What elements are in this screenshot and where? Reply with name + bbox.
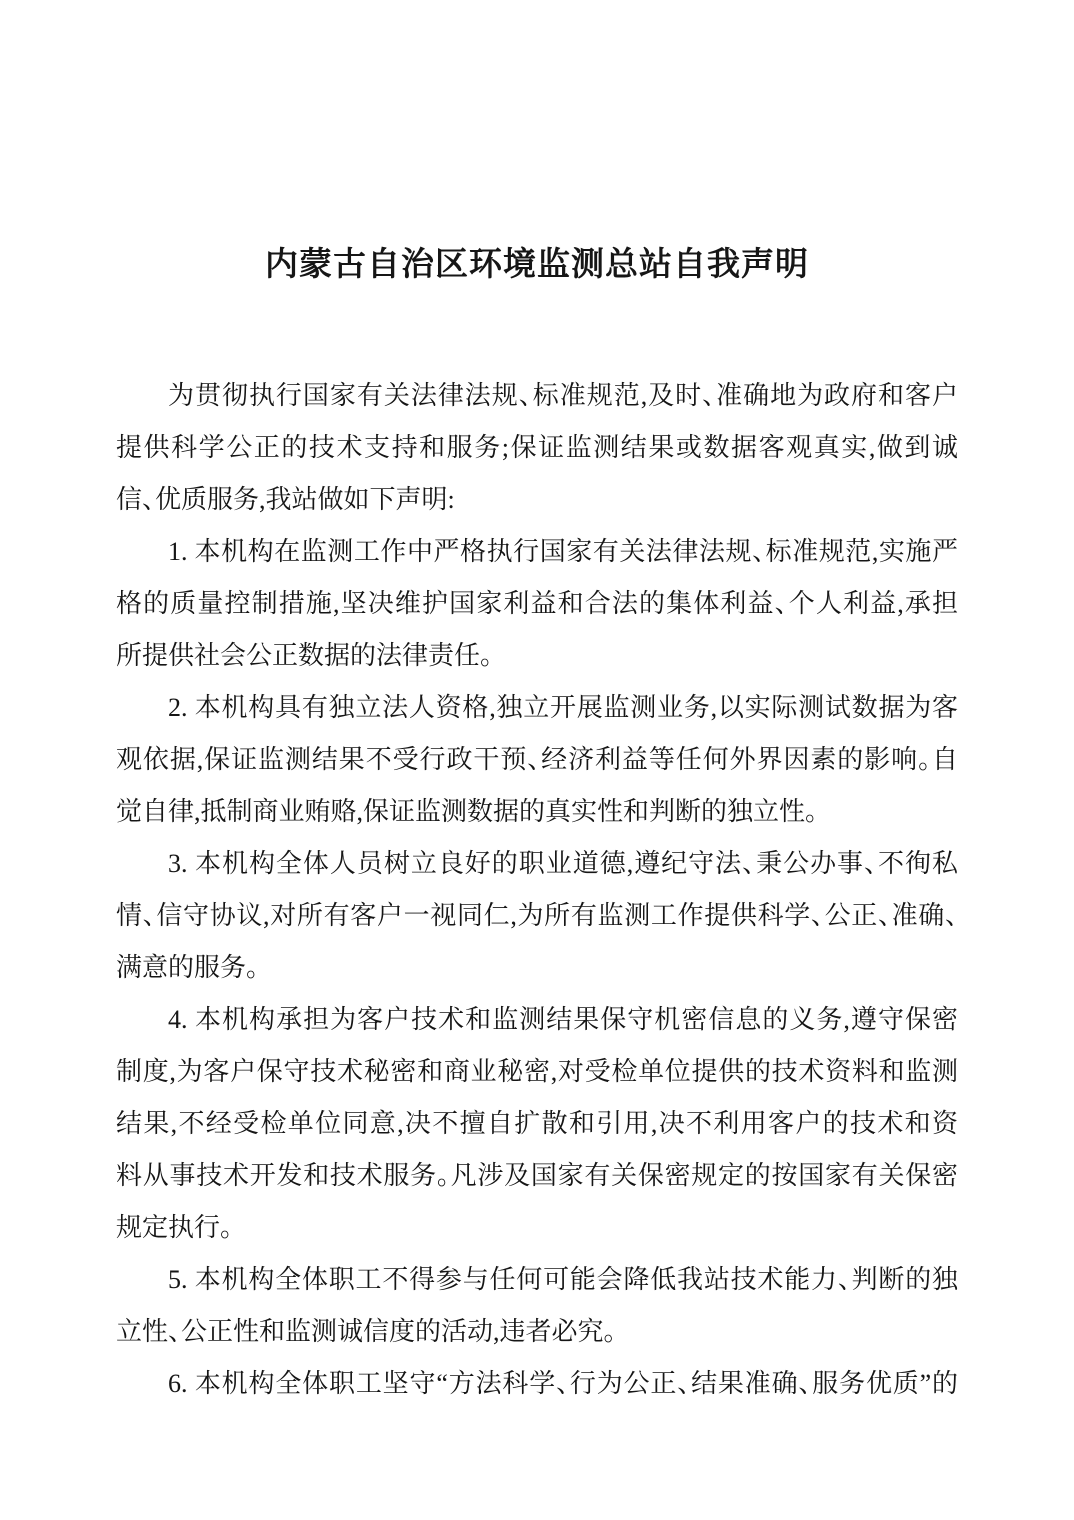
text-line: 料从事技术开发和技术服务。凡涉及国家有关保密规定的按国家有关保密 (116, 1150, 958, 1202)
paragraph: 6. 本机构全体职工坚守“方法科学、行为公正、结果准确、服务优质”的 (116, 1358, 958, 1410)
text-line: 情、信守协议,对所有客户一视同仁,为所有监测工作提供科学、公正、准确、 (116, 890, 958, 942)
document-title: 内蒙古自治区环境监测总站自我声明 (0, 238, 1074, 292)
text-line: 1. 本机构在监测工作中严格执行国家有关法律法规、标准规范,实施严 (116, 526, 958, 578)
paragraph: 5. 本机构全体职工不得参与任何可能会降低我站技术能力、判断的独立性、公正性和监… (116, 1254, 958, 1358)
text-line: 为贯彻执行国家有关法律法规、标准规范,及时、准确地为政府和客户 (116, 370, 958, 422)
text-line: 4. 本机构承担为客户技术和监测结果保守机密信息的义务,遵守保密 (116, 994, 958, 1046)
text-line: 立性、公正性和监测诚信度的活动,违者必究。 (116, 1306, 958, 1358)
document-body: 为贯彻执行国家有关法律法规、标准规范,及时、准确地为政府和客户提供科学公正的技术… (116, 370, 958, 1410)
text-line: 信、优质服务,我站做如下声明: (116, 474, 958, 526)
text-line: 结果,不经受检单位同意,决不擅自扩散和引用,决不利用客户的技术和资 (116, 1098, 958, 1150)
text-line: 5. 本机构全体职工不得参与任何可能会降低我站技术能力、判断的独 (116, 1254, 958, 1306)
document-page: 内蒙古自治区环境监测总站自我声明 为贯彻执行国家有关法律法规、标准规范,及时、准… (0, 0, 1074, 1520)
paragraph: 为贯彻执行国家有关法律法规、标准规范,及时、准确地为政府和客户提供科学公正的技术… (116, 370, 958, 526)
paragraph: 3. 本机构全体人员树立良好的职业道德,遵纪守法、秉公办事、不徇私情、信守协议,… (116, 838, 958, 994)
text-line: 3. 本机构全体人员树立良好的职业道德,遵纪守法、秉公办事、不徇私 (116, 838, 958, 890)
text-line: 提供科学公正的技术支持和服务;保证监测结果或数据客观真实,做到诚 (116, 422, 958, 474)
paragraph: 1. 本机构在监测工作中严格执行国家有关法律法规、标准规范,实施严格的质量控制措… (116, 526, 958, 682)
paragraph: 2. 本机构具有独立法人资格,独立开展监测业务,以实际测试数据为客观依据,保证监… (116, 682, 958, 838)
text-line: 6. 本机构全体职工坚守“方法科学、行为公正、结果准确、服务优质”的 (116, 1358, 958, 1410)
text-line: 格的质量控制措施,坚决维护国家利益和合法的集体利益、个人利益,承担 (116, 578, 958, 630)
text-line: 2. 本机构具有独立法人资格,独立开展监测业务,以实际测试数据为客 (116, 682, 958, 734)
text-line: 观依据,保证监测结果不受行政干预、经济利益等任何外界因素的影响。自 (116, 734, 958, 786)
paragraph: 4. 本机构承担为客户技术和监测结果保守机密信息的义务,遵守保密制度,为客户保守… (116, 994, 958, 1254)
text-line: 规定执行。 (116, 1202, 958, 1254)
text-line: 制度,为客户保守技术秘密和商业秘密,对受检单位提供的技术资料和监测 (116, 1046, 958, 1098)
text-line: 满意的服务。 (116, 942, 958, 994)
text-line: 觉自律,抵制商业贿赂,保证监测数据的真实性和判断的独立性。 (116, 786, 958, 838)
text-line: 所提供社会公正数据的法律责任。 (116, 630, 958, 682)
